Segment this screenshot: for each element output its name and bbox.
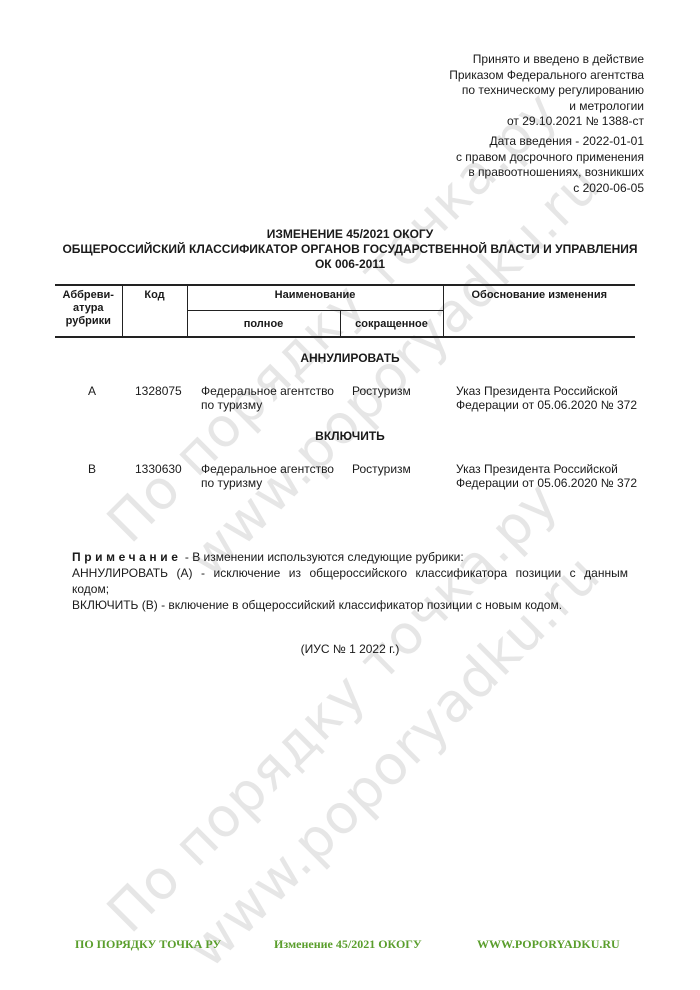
col-header-abbr: Аббреви- атура рубрики (55, 285, 122, 337)
ius-reference: (ИУС № 1 2022 г.) (0, 642, 700, 656)
col-header-abbr-line: Аббреви- (63, 289, 114, 301)
cell-code: 1330630 (135, 462, 182, 476)
col-header-name-short: сокращенное (340, 311, 443, 338)
cell-full-name-line: по туризму (201, 476, 334, 490)
intro-date-line: Дата введения - 2022-01-01 (456, 134, 644, 150)
intro-date-line: с правом досрочного применения (456, 150, 644, 166)
approval-line: по техническому регулированию (449, 83, 644, 99)
cell-full-name-line: по туризму (201, 398, 334, 412)
document-title: ИЗМЕНЕНИЕ 45/2021 ОКОГУ ОБЩЕРОССИЙСКИЙ К… (40, 227, 660, 272)
note-intro: - В изменении используются следующие руб… (182, 550, 464, 564)
title-amendment: ИЗМЕНЕНИЕ 45/2021 ОКОГУ (40, 227, 660, 242)
approval-line: Приказом Федерального агентства (449, 68, 644, 84)
approval-line: и метрологии (449, 99, 644, 115)
cell-code: 1328075 (135, 384, 182, 398)
col-header-abbr-line: атура (73, 302, 104, 314)
note-include-line: ВКЛЮЧИТЬ (В) - включение в общероссийски… (72, 597, 628, 613)
footer-center: Изменение 45/2021 ОКОГУ (274, 937, 422, 952)
col-header-name: Наименование (187, 285, 443, 311)
footer-right: WWW.POPORYADKU.RU (477, 937, 620, 952)
note-block: Примечание - В изменении используются сл… (72, 549, 628, 613)
section-title-include: ВКЛЮЧИТЬ (40, 429, 660, 443)
title-classifier: ОБЩЕРОССИЙСКИЙ КЛАССИФИКАТОР ОРГАНОВ ГОС… (40, 242, 660, 257)
cell-full-name-line: Федеральное агентство (201, 384, 334, 398)
approval-block: Принято и введено в действие Приказом Фе… (449, 52, 644, 130)
cell-full-name: Федеральное агентство по туризму (201, 384, 334, 412)
intro-date-line: с 2020-06-05 (456, 181, 644, 197)
intro-date-line: в правоотношениях, возникших (456, 165, 644, 181)
section-title-annul: АННУЛИРОВАТЬ (40, 351, 660, 365)
cell-full-name: Федеральное агентство по туризму (201, 462, 334, 490)
cell-abbr: А (88, 384, 96, 398)
title-code: ОК 006-2011 (40, 257, 660, 272)
cell-justification-line: Указ Президента Российской (456, 462, 637, 476)
note-annul-line: АННУЛИРОВАТЬ (А) - исключение из общерос… (72, 565, 628, 581)
col-header-name-full: полное (187, 311, 340, 338)
cell-short-name: Ростуризм (352, 384, 411, 398)
approval-line: Принято и введено в действие (449, 52, 644, 68)
note-annul-line-2: кодом; (72, 581, 628, 597)
introduction-date-block: Дата введения - 2022-01-01 с правом доср… (456, 134, 644, 196)
cell-justification: Указ Президента Российской Федерации от … (456, 462, 637, 490)
col-header-justification: Обоснование изменения (443, 285, 635, 337)
note-intro-line: Примечание - В изменении используются сл… (72, 549, 628, 565)
note-label: Примечание (72, 550, 182, 564)
approval-line: от 29.10.2021 № 1388-ст (449, 114, 644, 130)
cell-justification-line: Федерации от 05.06.2020 № 372 (456, 476, 637, 490)
cell-abbr: В (88, 462, 96, 476)
cell-short-name: Ростуризм (352, 462, 411, 476)
document-page: Принято и введено в действие Приказом Фе… (0, 0, 700, 990)
table-header: Аббреви- атура рубрики Код Наименование … (55, 284, 635, 338)
cell-justification: Указ Президента Российской Федерации от … (456, 384, 637, 412)
cell-justification-line: Указ Президента Российской (456, 384, 637, 398)
footer-left: ПО ПОРЯДКУ ТОЧКА РУ (75, 937, 221, 952)
cell-justification-line: Федерации от 05.06.2020 № 372 (456, 398, 637, 412)
col-header-abbr-line: рубрики (66, 315, 111, 327)
col-header-code: Код (122, 285, 187, 337)
cell-full-name-line: Федеральное агентство (201, 462, 334, 476)
